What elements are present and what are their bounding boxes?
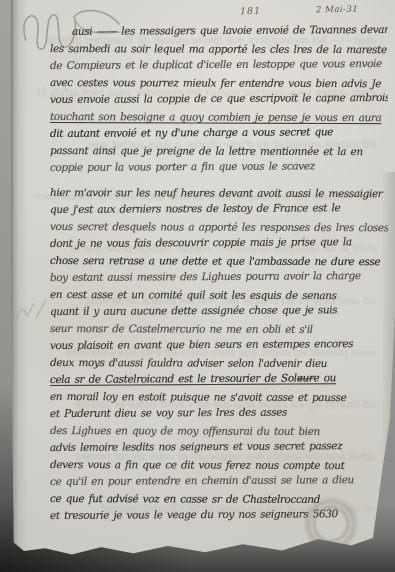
manuscript-line: dont je ne vous fais descouvrir coppie m… bbox=[50, 234, 388, 253]
manuscript-text-block: ausi —— les messaigers que lavoie envoié… bbox=[50, 24, 388, 554]
manuscript-line: ce qu'il en pour entendre en chemin d'au… bbox=[50, 472, 388, 491]
manuscript-line: ausi —— les messaigers que lavoie envoié… bbox=[50, 24, 388, 41]
arrow-left-icon: ← bbox=[296, 371, 314, 387]
folio-number-annotation: 181 bbox=[240, 6, 262, 18]
pencil-margin-mark-icon bbox=[12, 290, 52, 330]
date-annotation: 2 Mai-31 bbox=[316, 5, 358, 16]
manuscript-paper-page: ausi —— les messaigers que lavoie envoié… bbox=[0, 0, 395, 572]
manuscript-scan-background: ausi —— les messaigers que lavoie envoié… bbox=[0, 0, 395, 572]
manuscript-line: de Compieurs et le duplicat d'icelle en … bbox=[50, 56, 388, 75]
manuscript-line: quant il y aura aucune dette assignée ch… bbox=[50, 302, 388, 321]
manuscript-line: vous envoie aussi la coppie de ce que es… bbox=[50, 90, 388, 109]
manuscript-line: dit autant envoié et ny d'une charge a v… bbox=[50, 124, 388, 143]
manuscript-line: et Puderunt dieu se voy sur les lres des… bbox=[50, 404, 388, 423]
manuscript-line: vous plaisoit en avant que bien seurs en… bbox=[50, 336, 388, 355]
manuscript-line: boy estant aussi messire des Lighues pou… bbox=[50, 268, 388, 287]
manuscript-line: que j'est aux derniers nostres de lestoy… bbox=[50, 200, 388, 219]
manuscript-line: advis lemoire lesdits nos seigneurs et v… bbox=[50, 438, 388, 457]
manuscript-line: coppie pour la vous porter a fin que vou… bbox=[50, 158, 388, 177]
manuscript-line: cela sr de Castelroicand est le tresouri… bbox=[50, 370, 388, 389]
